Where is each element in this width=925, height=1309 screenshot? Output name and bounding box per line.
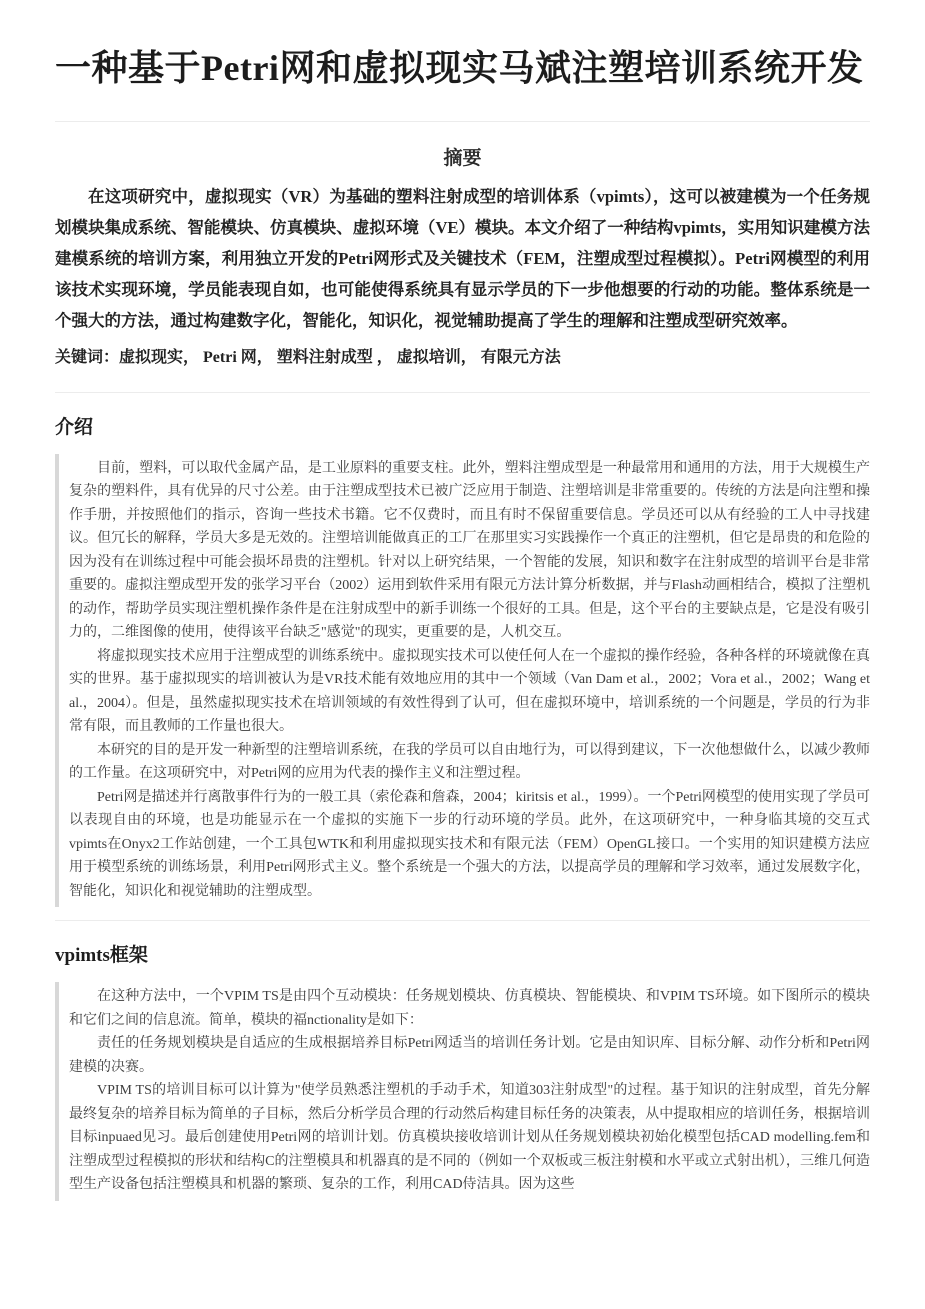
- page-title: 一种基于Petri网和虚拟现实马斌注塑培训系统开发: [55, 44, 870, 93]
- intro-quote-block: 目前，塑料，可以取代金属产品，是工业原料的重要支柱。此外，塑料注塑成型是一种最常…: [55, 454, 870, 908]
- intro-paragraph-4: Petri网是描述并行离散事件行为的一般工具（索伦森和詹森，2004；kirit…: [69, 786, 870, 904]
- divider-abstract: [55, 392, 870, 393]
- framework-paragraph-2: 责任的任务规划模块是自适应的生成根据培养目标Petri网适当的培训任务计划。它是…: [69, 1032, 870, 1079]
- divider-framework: [55, 920, 870, 921]
- intro-paragraph-1: 目前，塑料，可以取代金属产品，是工业原料的重要支柱。此外，塑料注塑成型是一种最常…: [69, 457, 870, 645]
- section-heading-framework: vpimts框架: [55, 940, 870, 967]
- framework-quote-block: 在这种方法中，一个VPIM TS是由四个互动模块：任务规划模块、仿真模块、智能模…: [55, 982, 870, 1201]
- intro-paragraph-2: 将虚拟现实技术应用于注塑成型的训练系统中。虚拟现实技术可以使任何人在一个虚拟的操…: [69, 645, 870, 739]
- divider-top: [55, 121, 870, 122]
- document-page: 一种基于Petri网和虚拟现实马斌注塑培训系统开发 摘要 在这项研究中，虚拟现实…: [0, 0, 925, 1254]
- intro-paragraph-3: 本研究的目的是开发一种新型的注塑培训系统，在我的学员可以自由地行为，可以得到建议…: [69, 739, 870, 786]
- framework-paragraph-1: 在这种方法中，一个VPIM TS是由四个互动模块：任务规划模块、仿真模块、智能模…: [69, 985, 870, 1032]
- abstract-paragraph: 在这项研究中，虚拟现实（VR）为基础的塑料注射成型的培训体系（vpimts），这…: [55, 181, 870, 336]
- framework-paragraph-3: VPIM TS的培训目标可以计算为"使学员熟悉注塑机的手动手术，知道303注射成…: [69, 1079, 870, 1197]
- abstract-heading: 摘要: [55, 143, 870, 170]
- keywords-line: 关键词：虚拟现实， Petri 网， 塑料注射成型 ， 虚拟培训， 有限元方法: [55, 345, 870, 371]
- section-heading-intro: 介绍: [55, 412, 870, 439]
- keywords-label: 关键词：: [55, 349, 119, 366]
- keywords-value: 虚拟现实， Petri 网， 塑料注射成型 ， 虚拟培训， 有限元方法: [119, 349, 561, 366]
